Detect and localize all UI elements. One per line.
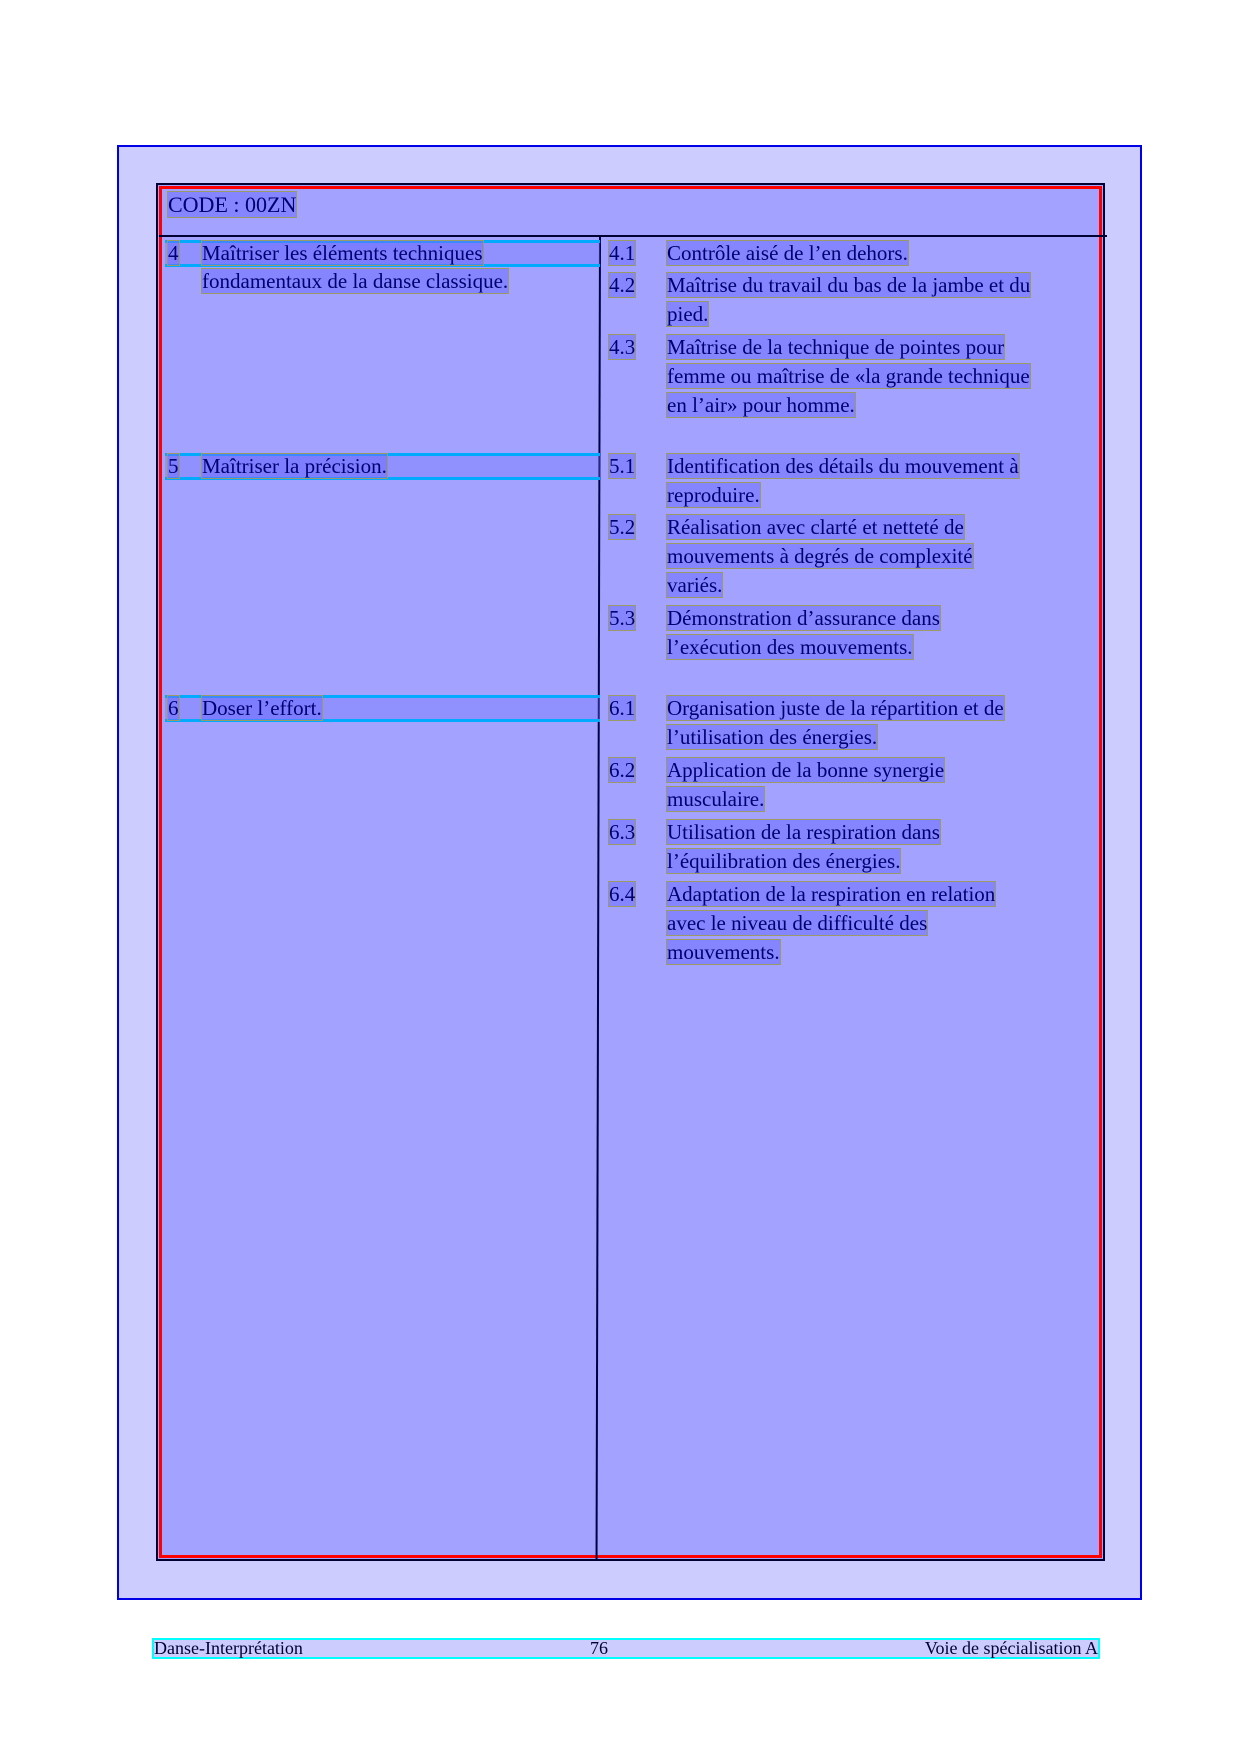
criterion-text-line: Identification des détails du mouvement … xyxy=(667,454,1019,478)
criterion-text: Application de la bonne synergiemusculai… xyxy=(667,756,944,814)
criterion-number-text: 6.3 xyxy=(609,820,635,844)
competency-title-line: Doser l’effort. xyxy=(202,696,322,720)
header-divider xyxy=(159,235,1107,237)
criterion-number: 4.3 xyxy=(609,337,635,358)
criterion-text: Adaptation de la respiration en relation… xyxy=(667,880,995,967)
criterion-number-text: 4.3 xyxy=(609,335,635,359)
criterion-text-line: Réalisation avec clarté et netteté de xyxy=(667,515,964,539)
criterion-number-text: 4.2 xyxy=(609,273,635,297)
criterion-number: 6.2 xyxy=(609,760,635,781)
competency-title-line: Maîtriser les éléments techniques xyxy=(202,241,483,265)
criterion-text-line: l’utilisation des énergies. xyxy=(667,725,877,749)
criterion-text: Maîtrise du travail du bas de la jambe e… xyxy=(667,271,1030,329)
criterion-text-line: femme ou maîtrise de «la grande techniqu… xyxy=(667,364,1030,388)
code-label-text: CODE : 00ZN xyxy=(168,192,296,217)
criterion-text-line: musculaire. xyxy=(667,787,764,811)
criterion-text-line: variés. xyxy=(667,573,722,597)
criterion-text-line: mouvements. xyxy=(667,940,780,964)
competency-number: 5 xyxy=(168,456,179,477)
competency-number: 4 xyxy=(168,243,179,264)
criterion-text: Contrôle aisé de l’en dehors. xyxy=(667,239,908,268)
criterion-number-text: 5.2 xyxy=(609,515,635,539)
competency-title-line: fondamentaux de la danse classique. xyxy=(202,269,508,293)
code-label: CODE : 00ZN xyxy=(168,194,296,215)
competency-number-text: 6 xyxy=(168,696,179,720)
criterion-text-line: Maîtrise de la technique de pointes pour xyxy=(667,335,1004,359)
criterion-text: Utilisation de la respiration dansl’équi… xyxy=(667,818,940,876)
criterion-text-line: mouvements à degrés de complexité xyxy=(667,544,973,568)
criterion-text-line: Maîtrise du travail du bas de la jambe e… xyxy=(667,273,1030,297)
criterion-text-line: Organisation juste de la répartition et … xyxy=(667,696,1004,720)
competency-title: Doser l’effort. xyxy=(202,694,322,722)
criterion-text: Identification des détails du mouvement … xyxy=(667,452,1019,510)
criterion-number: 6.3 xyxy=(609,822,635,843)
criterion-text-line: Démonstration d’assurance dans xyxy=(667,606,940,630)
criterion-number-text: 5.1 xyxy=(609,454,635,478)
competency-title-line: Maîtriser la précision. xyxy=(202,454,387,478)
criterion-number-text: 5.3 xyxy=(609,606,635,630)
footer-program: Danse-Interprétation xyxy=(154,1640,303,1657)
criterion-text-line: Application de la bonne synergie xyxy=(667,758,944,782)
criterion-number: 5.3 xyxy=(609,608,635,629)
criterion-text: Démonstration d’assurance dansl’exécutio… xyxy=(667,604,940,662)
criterion-number: 5.2 xyxy=(609,517,635,538)
criterion-text-line: reproduire. xyxy=(667,483,760,507)
criterion-number-text: 6.1 xyxy=(609,696,635,720)
criterion-number: 6.1 xyxy=(609,698,635,719)
competency-number-text: 4 xyxy=(168,241,179,265)
criterion-number: 6.4 xyxy=(609,884,635,905)
criterion-number: 4.1 xyxy=(609,243,635,264)
criterion-text-line: l’équilibration des énergies. xyxy=(667,849,900,873)
criterion-text-line: pied. xyxy=(667,302,708,326)
criterion-text: Organisation juste de la répartition et … xyxy=(667,694,1004,752)
criterion-text: Maîtrise de la technique de pointes pour… xyxy=(667,333,1030,420)
competency-number-text: 5 xyxy=(168,454,179,478)
criterion-text-line: avec le niveau de difficulté des xyxy=(667,911,927,935)
competency-title: Maîtriser la précision. xyxy=(202,452,387,480)
criterion-text-line: Adaptation de la respiration en relation xyxy=(667,882,995,906)
criterion-text-line: l’exécution des mouvements. xyxy=(667,635,913,659)
page-footer: Danse-Interprétation 76 Voie de spéciali… xyxy=(152,1638,1100,1659)
competency-title: Maîtriser les éléments techniquesfondame… xyxy=(202,239,508,295)
competency-number: 6 xyxy=(168,698,179,719)
criterion-number-text: 4.1 xyxy=(609,241,635,265)
criterion-number-text: 6.4 xyxy=(609,882,635,906)
footer-track: Voie de spécialisation A xyxy=(925,1640,1098,1657)
criterion-text-line: Contrôle aisé de l’en dehors. xyxy=(667,241,908,265)
criterion-text: Réalisation avec clarté et netteté demou… xyxy=(667,513,973,600)
criterion-number: 4.2 xyxy=(609,275,635,296)
footer-page-number: 76 xyxy=(590,1640,608,1657)
criterion-text-line: en l’air» pour homme. xyxy=(667,393,855,417)
criterion-text-line: Utilisation de la respiration dans xyxy=(667,820,940,844)
criterion-number: 5.1 xyxy=(609,456,635,477)
criterion-number-text: 6.2 xyxy=(609,758,635,782)
